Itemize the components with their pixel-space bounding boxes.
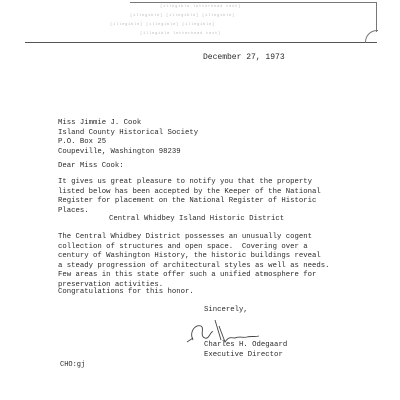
closing-line: Congratulations for this honor. [58,288,194,296]
paragraph-line: It gives us great pleasure to notify you… [58,178,321,188]
letterhead-line: [illegible] [illegible] [illegible] [130,14,235,18]
recipient-address-block: Miss Jimmie J. CookIsland County Histori… [58,119,198,157]
letterhead-line: [illegible letterhead text] [160,5,241,9]
letterhead-top-rule [130,2,376,3]
paragraph-line: Register for placement on the National R… [58,197,321,207]
recipient-po-box: P.O. Box 25 [58,138,198,148]
paragraph-line: Few areas in this state offer such a uni… [58,271,330,281]
recipient-name: Miss Jimmie J. Cook [58,119,198,129]
reference-initials: CHO:gj [60,361,85,369]
paragraph-notification: It gives us great pleasure to notify you… [58,178,321,216]
signer-name: Charles H. Odegaard [204,341,287,351]
paragraph-line: collection of structures and open space.… [58,243,330,253]
letterhead-line: [illegible letterhead text] [140,32,221,36]
paragraph-line: century of Washington History, the histo… [58,252,330,262]
letterhead-corner-curl [365,30,378,43]
signer-title: Executive Director [204,351,287,361]
signer-block: Charles H. OdegaardExecutive Director [204,341,287,360]
letter-date: December 27, 1973 [203,53,285,62]
letterhead-right-rule [376,2,377,32]
letterhead-line: [illegible] [illegible] [illegible] [110,23,215,27]
paragraph-line: The Central Whidbey District possesses a… [58,233,330,243]
salutation: Dear Miss Cook: [58,162,124,170]
paragraph-description: The Central Whidbey District possesses a… [58,233,330,291]
recipient-city-state-zip: Coupeville, Washington 98239 [58,148,198,158]
complimentary-close: Sincerely, [204,306,248,314]
paragraph-line: a steady progression of architectural st… [58,262,330,272]
paragraph-line: listed below has been accepted by the Ke… [58,188,321,198]
property-heading: Central Whidbey Island Historic District [109,215,284,223]
recipient-organization: Island County Historical Society [58,129,198,139]
letterhead: [illegible letterhead text] [illegible] … [25,0,377,43]
